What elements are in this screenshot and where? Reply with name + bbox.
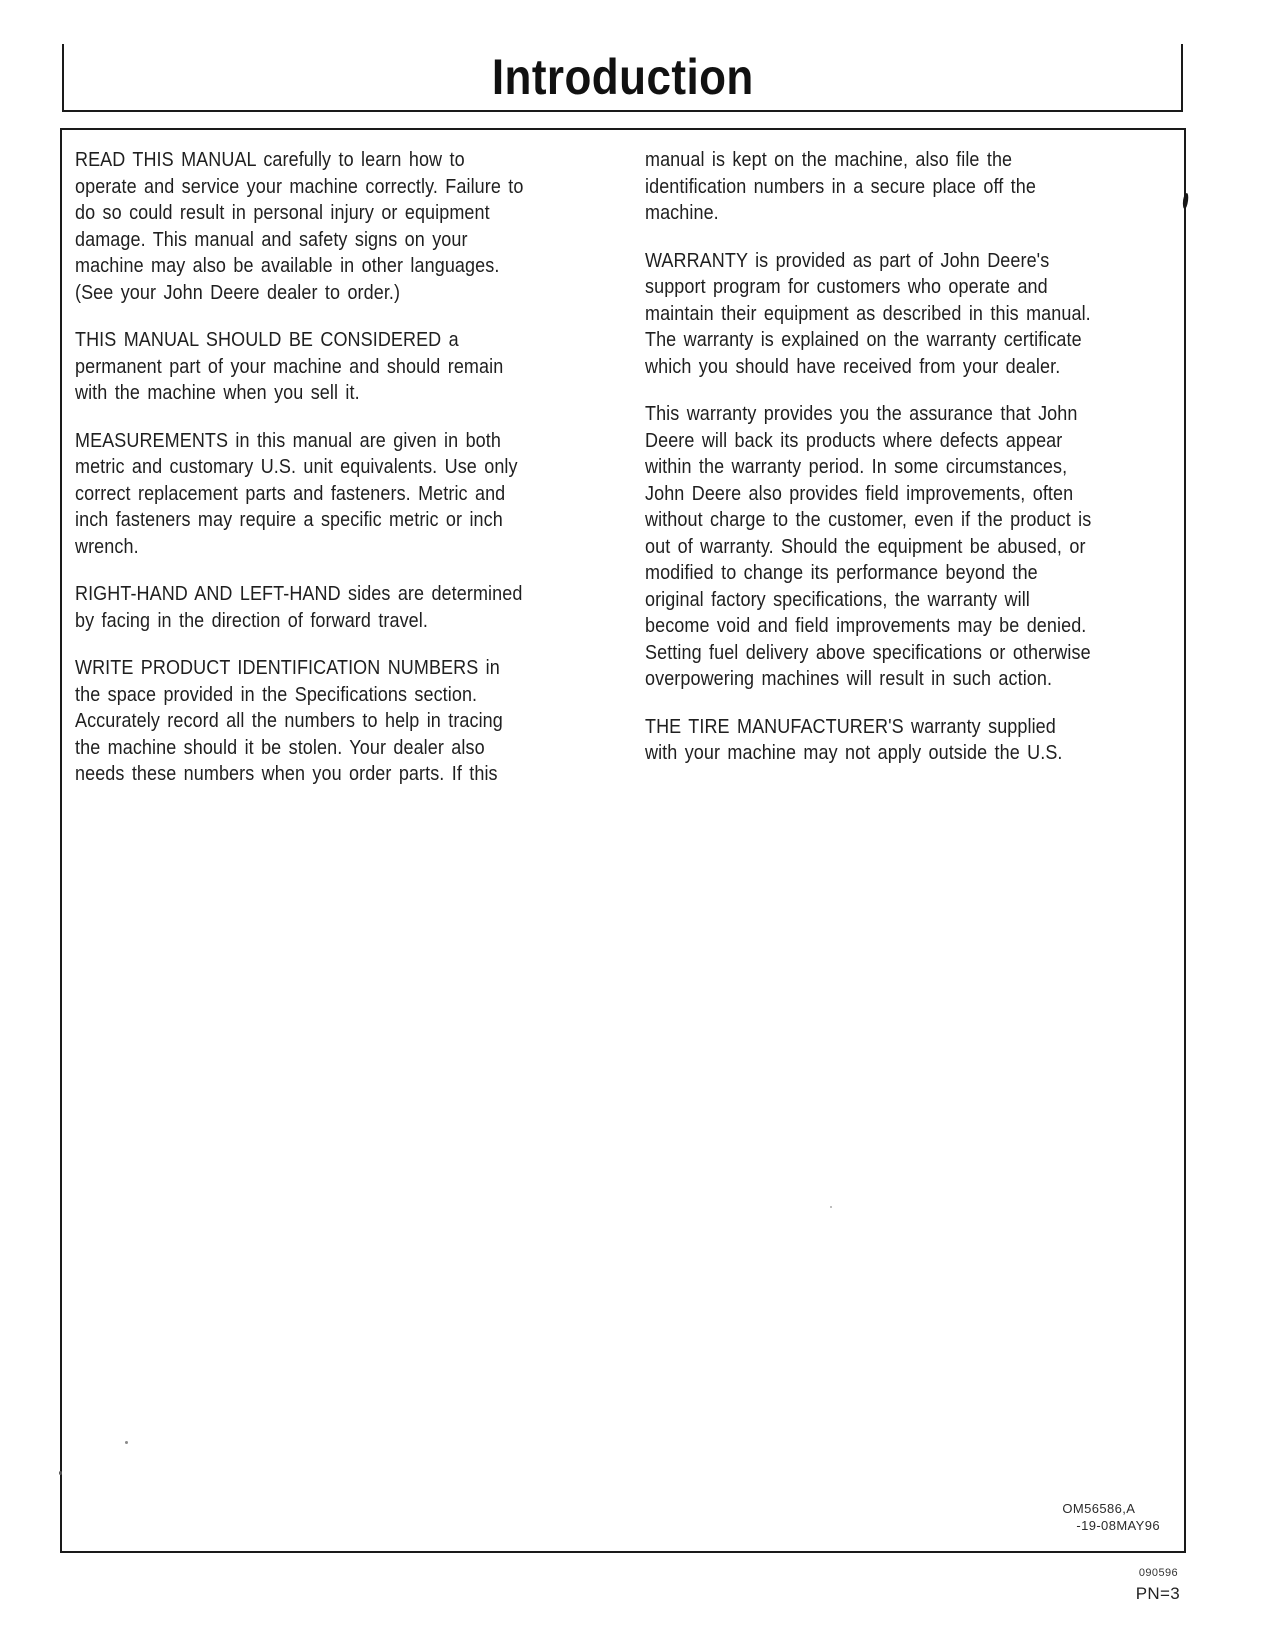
page-title: Introduction: [492, 48, 754, 106]
paragraph-write-product-id: WRITE PRODUCT IDENTIFICATION NUMBERS in …: [75, 655, 615, 788]
page-number: PN=3: [1136, 1584, 1180, 1604]
paragraph-tire-manufacturer: THE TIRE MANUFACTURER'S warranty supplie…: [645, 714, 1185, 767]
left-column: READ THIS MANUAL carefully to learn how …: [75, 147, 615, 809]
paragraph-warranty: WARRANTY is provided as part of John Dee…: [645, 248, 1185, 381]
scan-speckle: [830, 1206, 832, 1208]
revision-stamp: OM56586,A -19-08MAY96: [1046, 1483, 1160, 1551]
title-box: Introduction: [62, 44, 1183, 112]
paragraph-measurements: MEASUREMENTS in this manual are given in…: [75, 428, 615, 561]
stamp-date: -19-08MAY96: [1076, 1518, 1160, 1533]
right-column: manual is kept on the machine, also file…: [645, 147, 1185, 788]
paragraph-read-this-manual: READ THIS MANUAL carefully to learn how …: [75, 147, 615, 306]
paragraph-this-manual: THIS MANUAL SHOULD BE CONSIDERED a perma…: [75, 327, 615, 407]
print-code: 090596: [1139, 1567, 1178, 1579]
scan-speckle: [125, 1441, 128, 1444]
stamp-code: OM56586,A: [1062, 1501, 1135, 1516]
scan-speckle: [59, 1471, 62, 1475]
paragraph-warranty-assurance: This warranty provides you the assurance…: [645, 401, 1185, 693]
scan-artifact-mark: [1182, 193, 1189, 209]
content-box: READ THIS MANUAL carefully to learn how …: [60, 128, 1186, 1553]
paragraph-right-hand-left-hand: RIGHT-HAND AND LEFT-HAND sides are deter…: [75, 581, 615, 634]
paragraph-id-numbers-continued: manual is kept on the machine, also file…: [645, 147, 1185, 227]
